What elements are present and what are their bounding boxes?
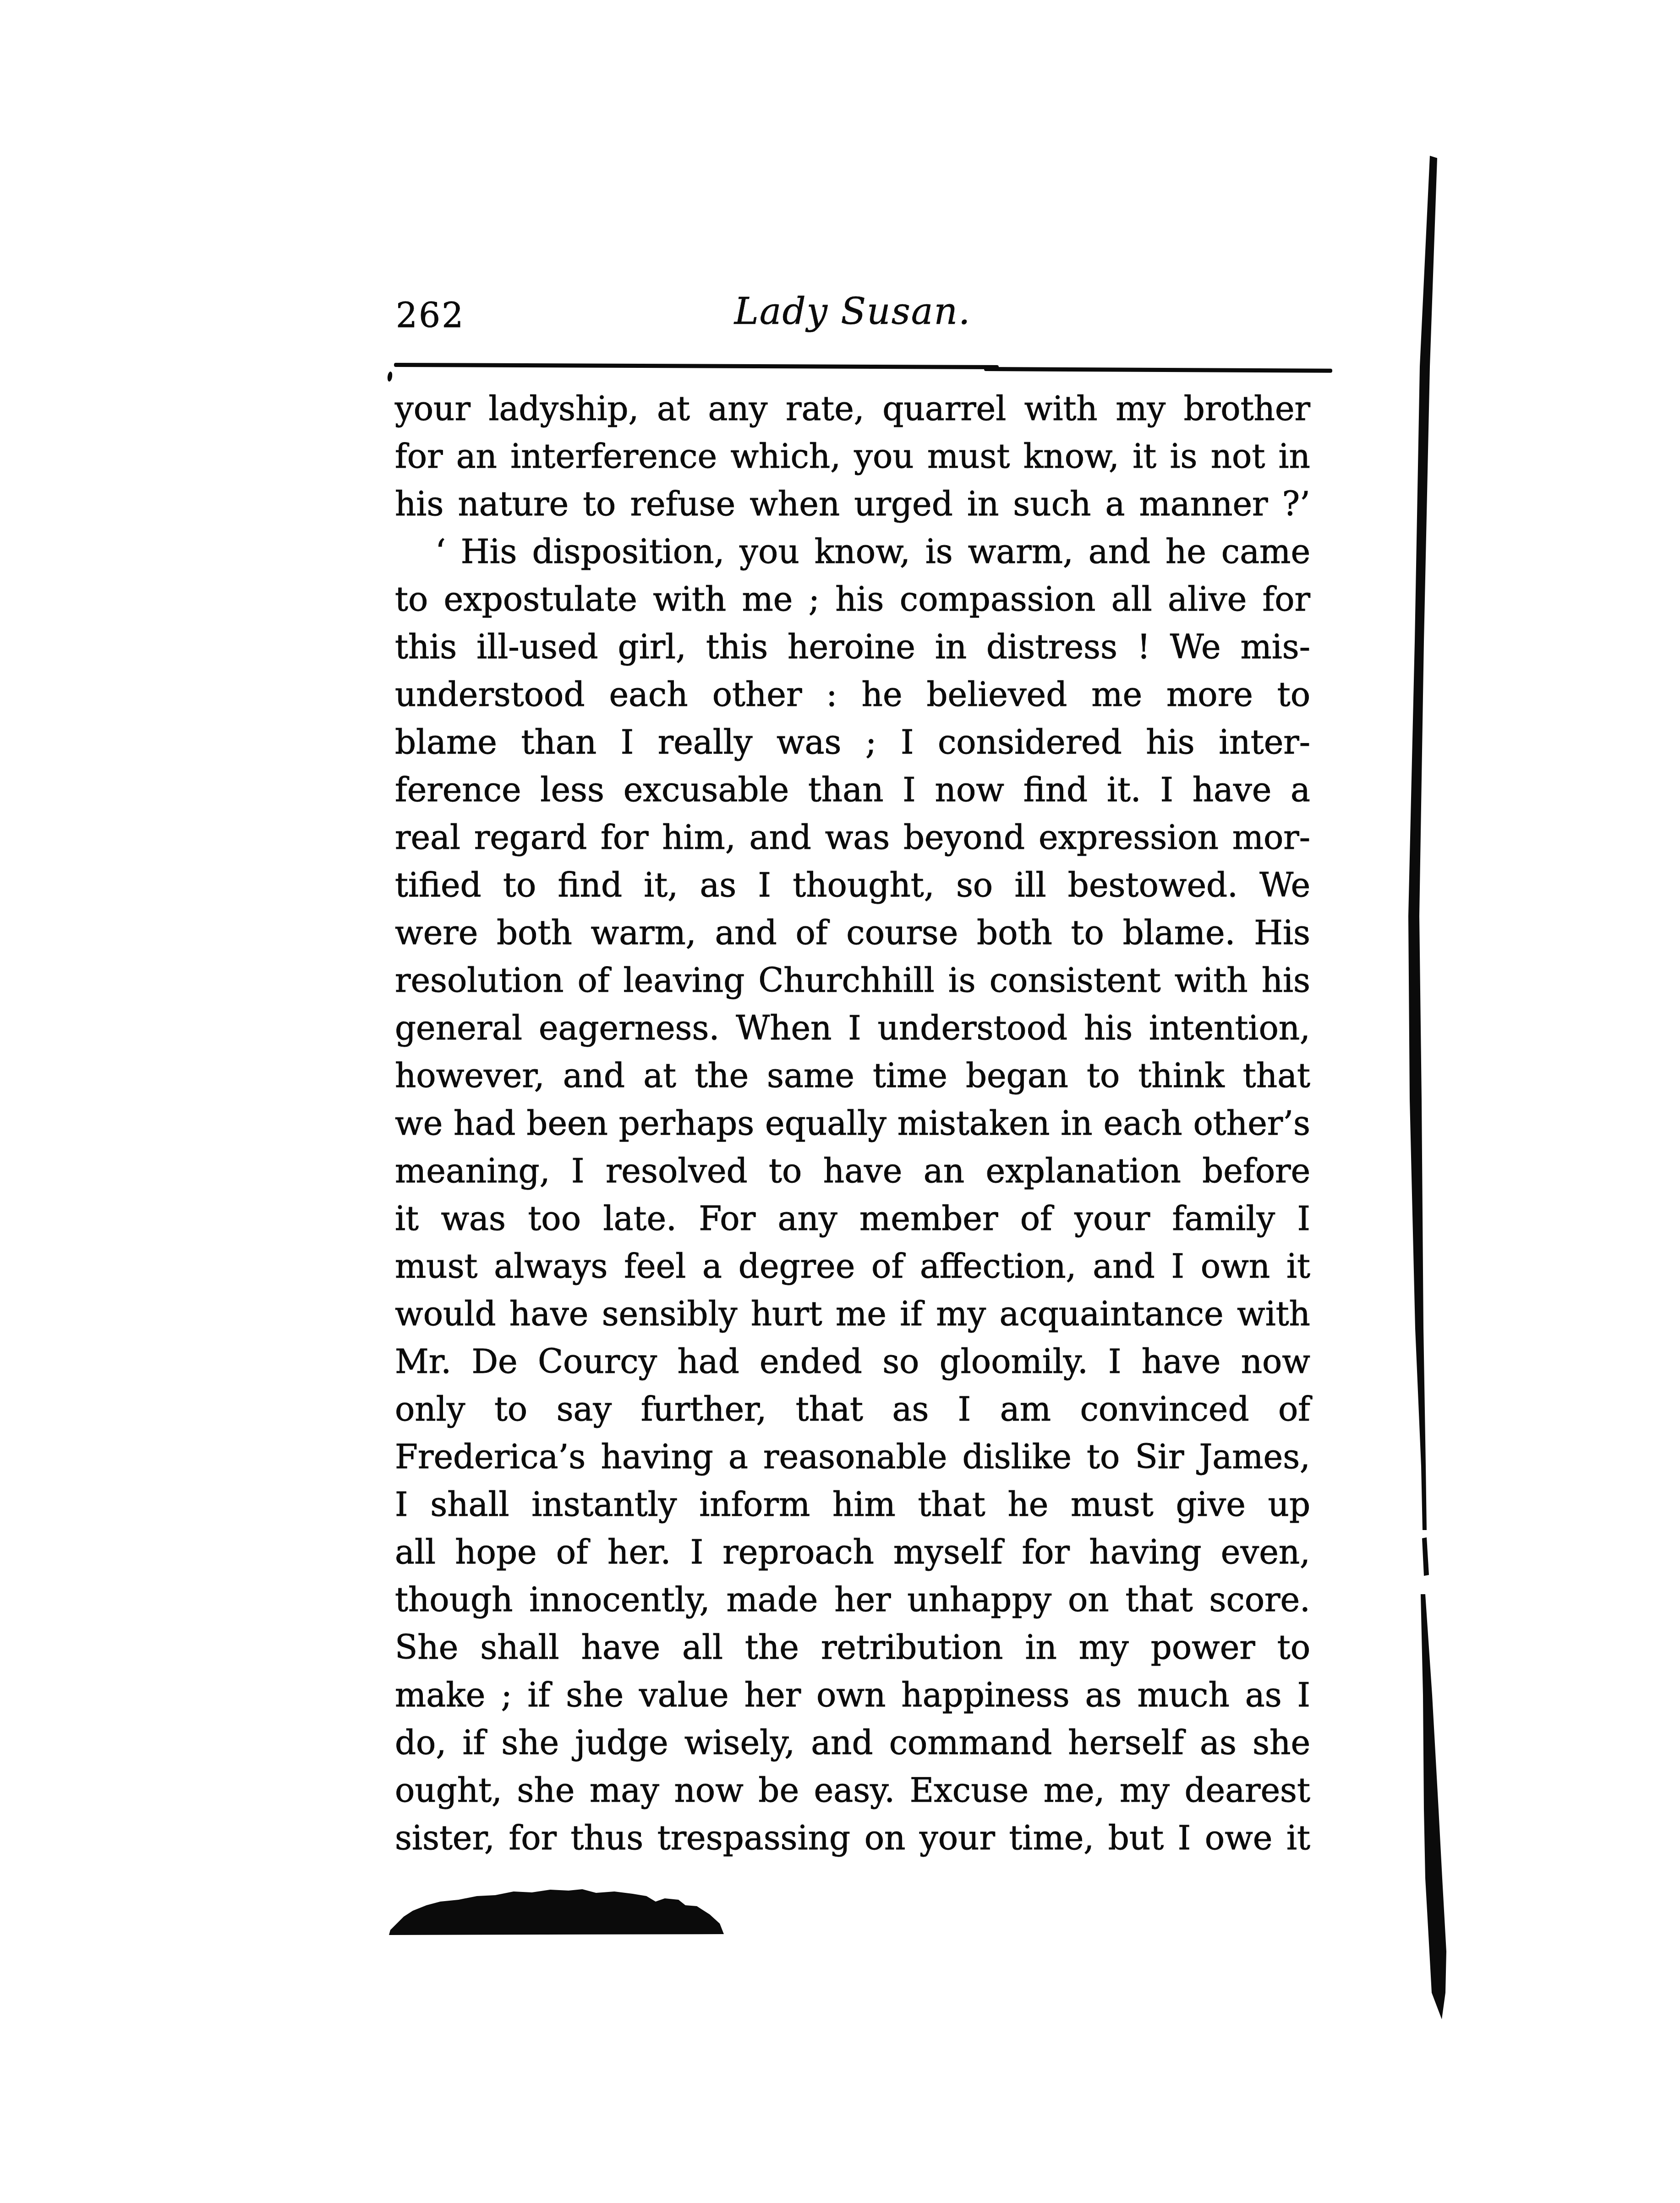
ink-blob (389, 1889, 724, 1935)
text-line: do, if she judge wisely, and command her… (395, 1719, 1310, 1766)
text-line: I shall instantly inform him that he mus… (395, 1481, 1310, 1528)
text-line: only to say further, that as I am convin… (395, 1385, 1310, 1433)
text-line: blame than I really was ; I considered h… (395, 718, 1310, 766)
text-line: ‘ His disposition, you know, is warm, an… (395, 528, 1310, 575)
text-line: his nature to refuse when urged in such … (395, 480, 1310, 528)
body-text: your ladyship, at any rate, quarrel with… (395, 385, 1310, 1862)
text-line: She shall have all the retribution in my… (395, 1624, 1310, 1671)
text-line: real regard for him, and was beyond expr… (395, 814, 1310, 861)
scan-edge-scratch-blade (1421, 1594, 1446, 2019)
ink-speck (387, 371, 393, 382)
text-line: must always feel a degree of affection, … (395, 1242, 1310, 1290)
text-line: meaning, I resolved to have an explanati… (395, 1147, 1310, 1195)
text-line: to expostulate with me ; his compassion … (395, 575, 1310, 623)
text-line: ought, she may now be easy. Excuse me, m… (395, 1766, 1310, 1814)
book-page-scan: 262 Lady Susan. your ladyship, at any ra… (0, 0, 1680, 2203)
text-line: we had been perhaps equally mistaken in … (395, 1099, 1310, 1147)
scan-edge-scratch (1408, 156, 1437, 1530)
text-line: though innocently, made her unhappy on t… (395, 1576, 1310, 1624)
text-line: sister, for thus trespassing on your tim… (395, 1814, 1310, 1862)
scan-edge-scratch-dash (1422, 1537, 1429, 1576)
text-line: Mr. De Courcy had ended so gloomily. I h… (395, 1338, 1310, 1385)
text-line: were both warm, and of course both to bl… (395, 909, 1310, 957)
text-line: all hope of her. I reproach myself for h… (395, 1528, 1310, 1576)
text-line: resolution of leaving Churchhill is cons… (395, 957, 1310, 1004)
running-title: Lady Susan. (395, 293, 1310, 330)
text-line: it was too late. For any member of your … (395, 1195, 1310, 1242)
text-line: however, and at the same time began to t… (395, 1052, 1310, 1099)
text-line: understood each other : he believed me m… (395, 671, 1310, 718)
text-line: ference less excusable than I now find i… (395, 766, 1310, 814)
text-line: would have sensibly hurt me if my acquai… (395, 1290, 1310, 1338)
text-line: make ; if she value her own happiness as… (395, 1671, 1310, 1719)
text-line: general eagerness. When I understood his… (395, 1004, 1310, 1052)
header-rule-left (394, 363, 999, 369)
text-line: for an interference which, you must know… (395, 432, 1310, 480)
text-line: Frederica’s having a reasonable dislike … (395, 1433, 1310, 1481)
text-line: your ladyship, at any rate, quarrel with… (395, 385, 1310, 432)
header-rule-right (984, 367, 1332, 373)
text-line: tified to find it, as I thought, so ill … (395, 861, 1310, 909)
text-line: this ill-used girl, this heroine in dist… (395, 623, 1310, 671)
